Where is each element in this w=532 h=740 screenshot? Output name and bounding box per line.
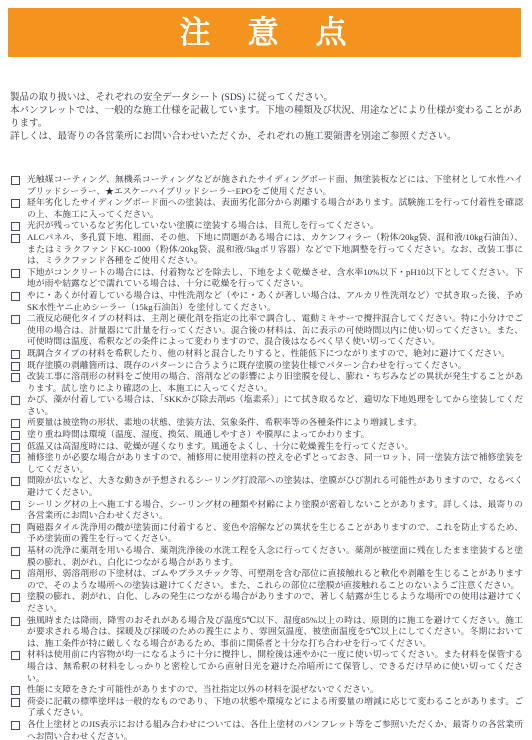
empty-checkbox-icon [11, 292, 20, 301]
note-item: 改装工事に溶剤形の材料をご使用の場合、溶剤などの影響により旧塗膜を侵し、膨れ・ち… [10, 371, 523, 394]
empty-checkbox-icon [11, 222, 20, 231]
note-item: 陶磁器タイル洗浄用の酸が塗装面に付着すると、変色や溶解などの異状を生じることがあ… [10, 522, 523, 545]
note-item: 塗り重ね時間は環境（温度、湿度、換気、風通しやすさ）や膜厚によってかわります。 [10, 429, 523, 441]
note-item: 溶剤形、弱溶剤形の下塗材は、ゴムやプラスチック等、可塑剤を含む部位に直接触れると… [10, 568, 523, 591]
note-item: ALCパネル、多孔質下地、粗面、その他、下地に問題がある場合には、カケンフィラー… [10, 232, 523, 267]
empty-checkbox-icon [11, 315, 20, 324]
empty-checkbox-icon [11, 350, 20, 359]
empty-checkbox-icon [11, 477, 20, 486]
notes-list: 光触媒コーティング、無機系コーティングなどが施されたサイディングボード面、無塗装… [10, 174, 523, 740]
empty-checkbox-icon [11, 698, 20, 707]
note-item: 性能に支障をきたす可能性がありますので、当社指定以外の材料を混ぜないでください。 [10, 684, 523, 696]
note-text: 所要量は被塗物の形状、素地の状態、塗装方法、気象条件、希釈率等の各種条件により増… [27, 417, 523, 429]
empty-checkbox-icon [11, 721, 20, 730]
note-text: 光触媒コーティング、無機系コーティングなどが施されたサイディングボード面、無塗装… [27, 174, 523, 197]
empty-checkbox-icon [11, 443, 20, 452]
note-item: やに・あくが付着している場合は、中性洗剤など（やに・あくが著しい場合は、アルカリ… [10, 290, 523, 313]
note-text: シーリング材の上へ施工する場合、シーリング材の種類や材齢により塗膜が密着しないこ… [27, 499, 523, 522]
empty-checkbox-icon [11, 454, 20, 463]
empty-checkbox-icon [11, 234, 20, 243]
note-text: 性能に支障をきたす可能性がありますので、当社指定以外の材料を混ぜないでください。 [27, 684, 523, 696]
note-text: 既存塗膜の剥離箇所は、既存のパターンに合うように既存塗膜の塗装仕様でパターン合わ… [27, 360, 523, 372]
note-item: 基材の洗浄に薬剤を用いる場合、薬剤洗浄後の水洗工程を入念に行ってください。薬剤が… [10, 545, 523, 568]
note-text: 補修塗りが必要な場合がありますので、補修用に使用塗料の控えを必ずとっておき、同一… [27, 452, 523, 475]
note-text: やに・あくが付着している場合は、中性洗剤など（やに・あくが著しい場合は、アルカリ… [27, 290, 523, 313]
note-text: 改装工事に溶剤形の材料をご使用の場合、溶剤などの影響により旧塗膜を侵し、膨れ・ち… [27, 371, 523, 394]
note-item: 間隙が広いなど、大きな動きが予想されるシーリング打設部への塗装は、塗膜がひび割れ… [10, 475, 523, 498]
document-page: 注 意 点 製品の取り扱いは、それぞれの安全データシート (SDS) に従ってく… [0, 0, 532, 740]
note-item: 補修塗りが必要な場合がありますので、補修用に使用塗料の控えを必ずとっておき、同一… [10, 452, 523, 475]
note-item: 強風時または降雨、降雪のおそれがある場合及び温度5℃以下、湿度85%以上の時は、… [10, 615, 523, 650]
note-text: かび、藻が付着している場合は、「SKKかび除去剤#5（塩素系）」にて拭き取るなど… [27, 394, 523, 417]
note-text: 低温又は高湿度時には、乾燥が遅くなります。風通をよくし、十分に乾燥養生を行ってく… [27, 441, 523, 453]
note-text: 材料は使用前に内容物が均一になるように十分に攪拌し、開栓後は速やかに一度に使い切… [27, 649, 523, 684]
empty-checkbox-icon [11, 651, 20, 660]
note-item: 既存塗膜の剥離箇所は、既存のパターンに合うように既存塗膜の塗装仕様でパターン合わ… [10, 360, 523, 372]
note-text: 荷姿に記載の標準塗坪は一般的なものであり、下地の状態や環境などによる所要量の増減… [27, 696, 523, 719]
note-text: 既調合タイプの材料を希釈したり、他の材料と混合したりすると、性能低下につながりま… [27, 348, 523, 360]
empty-checkbox-icon [11, 431, 20, 440]
empty-checkbox-icon [11, 593, 20, 602]
note-item: シーリング材の上へ施工する場合、シーリング材の種類や材齢により塗膜が密着しないこ… [10, 499, 523, 522]
empty-checkbox-icon [11, 373, 20, 382]
empty-checkbox-icon [11, 362, 20, 371]
note-item: 荷姿に記載の標準塗坪は一般的なものであり、下地の状態や環境などによる所要量の増減… [10, 696, 523, 719]
note-text: ALCパネル、多孔質下地、粗面、その他、下地に問題がある場合には、カケンフィラー… [27, 232, 523, 267]
empty-checkbox-icon [11, 686, 20, 695]
empty-checkbox-icon [11, 199, 20, 208]
note-item: 材料は使用前に内容物が均一になるように十分に攪拌し、開栓後は速やかに一度に使い切… [10, 649, 523, 684]
note-item: 経年劣化したサイディングボード面への塗装は、表面劣化部分から剥離する場合がありま… [10, 197, 523, 220]
page-title: 注 意 点 [180, 8, 350, 57]
empty-checkbox-icon [11, 396, 20, 405]
note-item: 各仕上塗材とのJIS表示における組み合わせについては、各仕上塗材のパンフレット等… [10, 719, 523, 740]
intro-line: 詳しくは、最寄りの各営業所にお問い合わせいただくか、それぞれの施工要領書を別途ご… [10, 131, 522, 144]
empty-checkbox-icon [11, 524, 20, 533]
title-banner: 注 意 点 [8, 8, 521, 57]
empty-checkbox-icon [11, 501, 20, 510]
note-text: 塗り重ね時間は環境（温度、湿度、換気、風通しやすさ）や膜厚によってかわります。 [27, 429, 523, 441]
note-item: 所要量は被塗物の形状、素地の状態、塗装方法、気象条件、希釈率等の各種条件により増… [10, 417, 523, 429]
note-text: 光沢が残っているなど劣化していない塗膜に塗装する場合は、目荒しを行ってください。 [27, 220, 523, 232]
note-text: 各仕上塗材とのJIS表示における組み合わせについては、各仕上塗材のパンフレット等… [27, 719, 523, 740]
note-text: 二液反応硬化タイプの材料は、主剤と硬化剤を指定の比率で調合し、電動ミキサーで攪拌… [27, 313, 523, 348]
note-item: 既調合タイプの材料を希釈したり、他の材料と混合したりすると、性能低下につながりま… [10, 348, 523, 360]
note-text: 間隙が広いなど、大きな動きが予想されるシーリング打設部への塗装は、塗膜がひび割れ… [27, 475, 523, 498]
note-text: 下地がコンクリートの場合には、付着物などを除去し、下地をよく乾燥させ、含水率10… [27, 267, 523, 290]
empty-checkbox-icon [11, 176, 20, 185]
note-text: 強風時または降雨、降雪のおそれがある場合及び温度5℃以下、湿度85%以上の時は、… [27, 615, 523, 650]
intro-line: 本パンフレットでは、一般的な施工仕様を記載しています。下地の種類及び状況、用途な… [10, 105, 522, 131]
intro-paragraph: 製品の取り扱いは、それぞれの安全データシート (SDS) に従ってください。 本… [10, 92, 522, 144]
note-item: 下地がコンクリートの場合には、付着物などを除去し、下地をよく乾燥させ、含水率10… [10, 267, 523, 290]
empty-checkbox-icon [11, 547, 20, 556]
note-text: 溶剤形、弱溶剤形の下塗材は、ゴムやプラスチック等、可塑剤を含む部位に直接触れると… [27, 568, 523, 591]
note-item: 二液反応硬化タイプの材料は、主剤と硬化剤を指定の比率で調合し、電動ミキサーで攪拌… [10, 313, 523, 348]
note-text: 経年劣化したサイディングボード面への塗装は、表面劣化部分から剥離する場合がありま… [27, 197, 523, 220]
note-item: かび、藻が付着している場合は、「SKKかび除去剤#5（塩素系）」にて拭き取るなど… [10, 394, 523, 417]
empty-checkbox-icon [11, 269, 20, 278]
note-item: 塗膜の膨れ、剥がれ、白化、しみの発生につながる場合がありますので、著しく結露が生… [10, 591, 523, 614]
note-item: 光触媒コーティング、無機系コーティングなどが施されたサイディングボード面、無塗装… [10, 174, 523, 197]
empty-checkbox-icon [11, 419, 20, 428]
empty-checkbox-icon [11, 570, 20, 579]
note-text: 基材の洗浄に薬剤を用いる場合、薬剤洗浄後の水洗工程を入念に行ってください。薬剤が… [27, 545, 523, 568]
note-item: 光沢が残っているなど劣化していない塗膜に塗装する場合は、目荒しを行ってください。 [10, 220, 523, 232]
note-text: 陶磁器タイル洗浄用の酸が塗装面に付着すると、変色や溶解などの異状を生じることがあ… [27, 522, 523, 545]
note-text: 塗膜の膨れ、剥がれ、白化、しみの発生につながる場合がありますので、著しく結露が生… [27, 591, 523, 614]
note-item: 低温又は高湿度時には、乾燥が遅くなります。風通をよくし、十分に乾燥養生を行ってく… [10, 441, 523, 453]
empty-checkbox-icon [11, 617, 20, 626]
intro-line: 製品の取り扱いは、それぞれの安全データシート (SDS) に従ってください。 [10, 92, 522, 105]
